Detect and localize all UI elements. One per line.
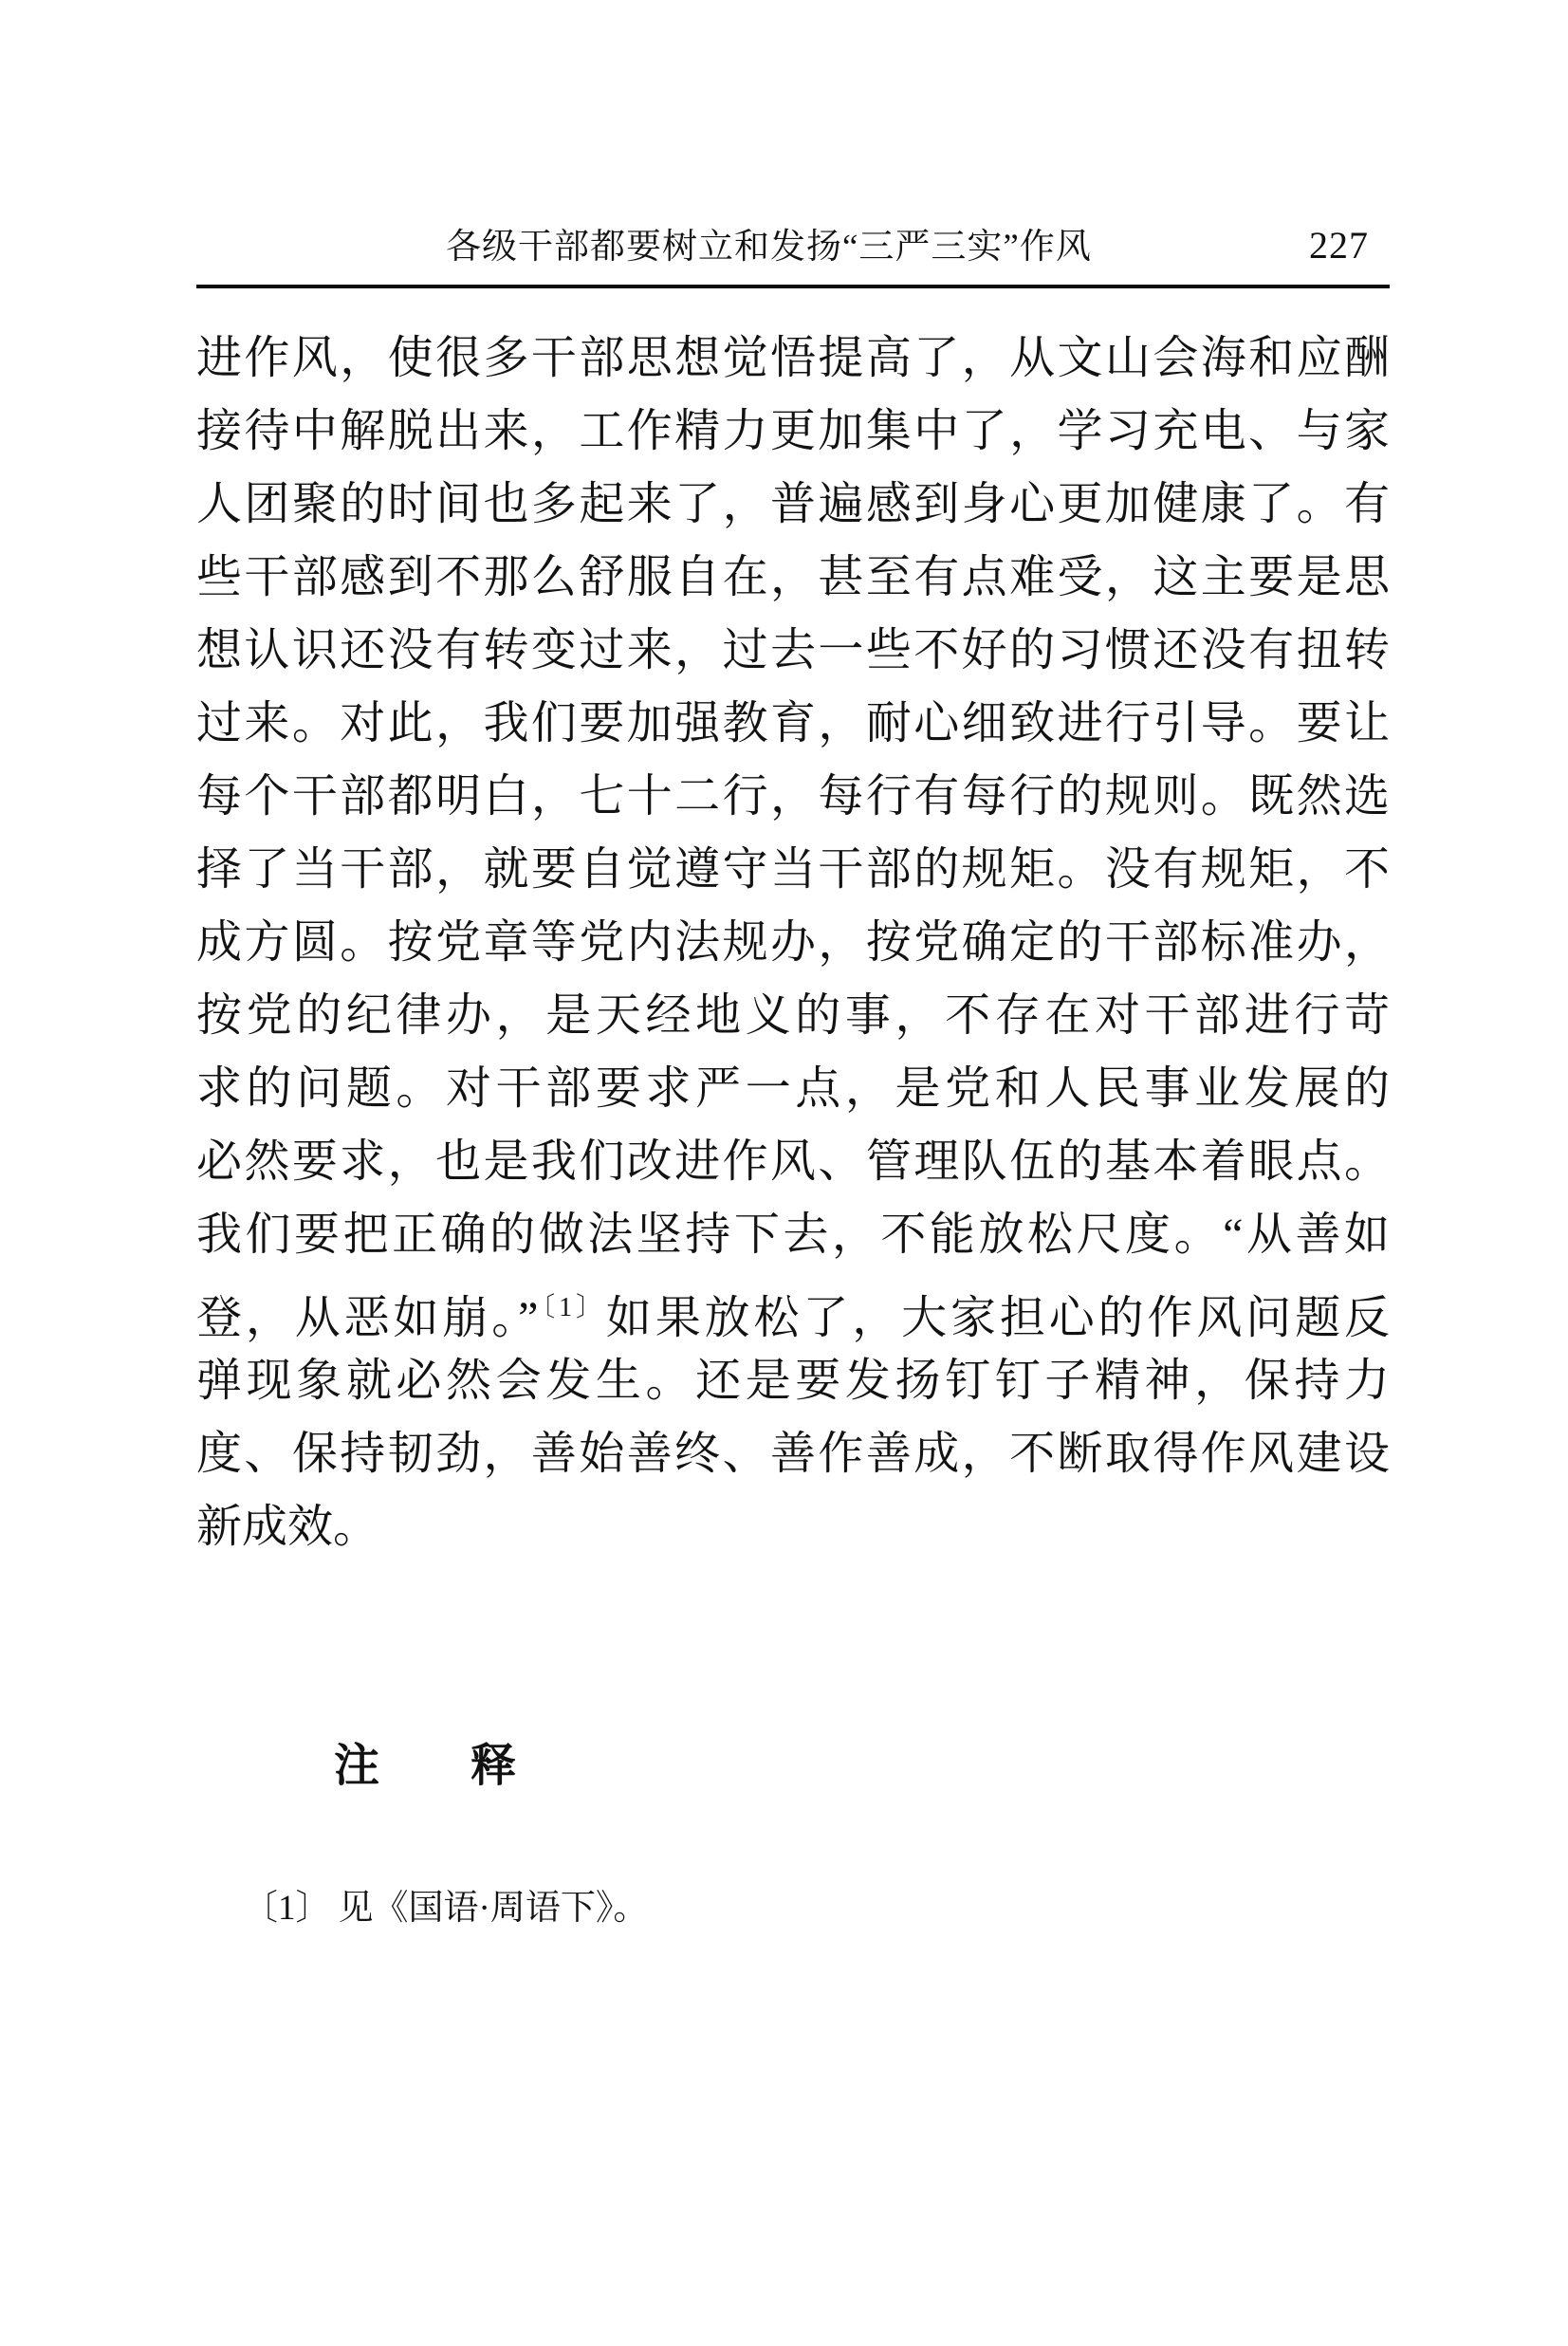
footnote-text: 见《国语·周语下》。 [339,1889,649,1928]
footnote-marker: 〔1〕 [243,1889,331,1928]
body-line-7: 每个干部都明白，七十二行，每行有每行的规则。既然选 [196,760,1390,833]
body-line-15: 弹现象就必然会发生。还是要发扬钉钉子精神，保持力 [196,1344,1390,1417]
body-text: 进作风，使很多干部思想觉悟提高了，从文山会海和应酬 接待中解脱出来，工作精力更加… [196,322,1390,1563]
body-line-14: 登，从恶如崩。”〔1〕如果放松了，大家担心的作风问题反 [196,1271,1390,1344]
body-line-1: 进作风，使很多干部思想觉悟提高了，从文山会海和应酬 [196,322,1390,395]
footnote-item: 〔1〕见《国语·周语下》。 [243,1888,648,1930]
body-line-14-post: 如果放松了，大家担心的作风问题反 [606,1293,1390,1343]
body-line-6: 过来。对此，我们要加强教育，耐心细致进行引导。要让 [196,687,1390,760]
body-line-5: 想认识还没有转变过来，过去一些不好的习惯还没有扭转 [196,614,1390,687]
footnote-ref-superscript: 〔1〕 [538,1293,606,1322]
page-number: 227 [1309,226,1369,266]
running-header-title: 各级干部都要树立和发扬“三严三实”作风 [446,229,1092,267]
body-line-17: 新成效。 [196,1490,1390,1563]
body-line-14-pre: 登，从恶如崩。” [196,1293,538,1343]
body-line-4: 些干部感到不那么舒服自在，甚至有点难受，这主要是思 [196,541,1390,614]
body-line-2: 接待中解脱出来，工作精力更加集中了，学习充电、与家 [196,395,1390,468]
header-rule [196,285,1390,288]
body-line-12: 必然要求，也是我们改进作风、管理队伍的基本着眼点。 [196,1125,1390,1198]
body-line-10: 按党的纪律办，是天经地义的事，不存在对干部进行苛 [196,979,1390,1052]
body-line-3: 人团聚的时间也多起来了，普遍感到身心更加健康了。有 [196,468,1390,541]
body-line-11: 求的问题。对干部要求严一点，是党和人民事业发展的 [196,1052,1390,1125]
body-line-9: 成方圆。按党章等党内法规办，按党确定的干部标准办， [196,906,1390,979]
body-line-13: 我们要把正确的做法坚持下去，不能放松尺度。“从善如 [196,1198,1390,1271]
notes-section-heading: 注 释 [334,1742,516,1791]
body-line-8: 择了当干部，就要自觉遵守当干部的规矩。没有规矩，不 [196,833,1390,906]
body-line-16: 度、保持韧劲，善始善终、善作善成，不断取得作风建设 [196,1417,1390,1490]
book-page: 各级干部都要树立和发扬“三严三实”作风 227 进作风，使很多干部思想觉悟提高了… [0,0,1568,2346]
